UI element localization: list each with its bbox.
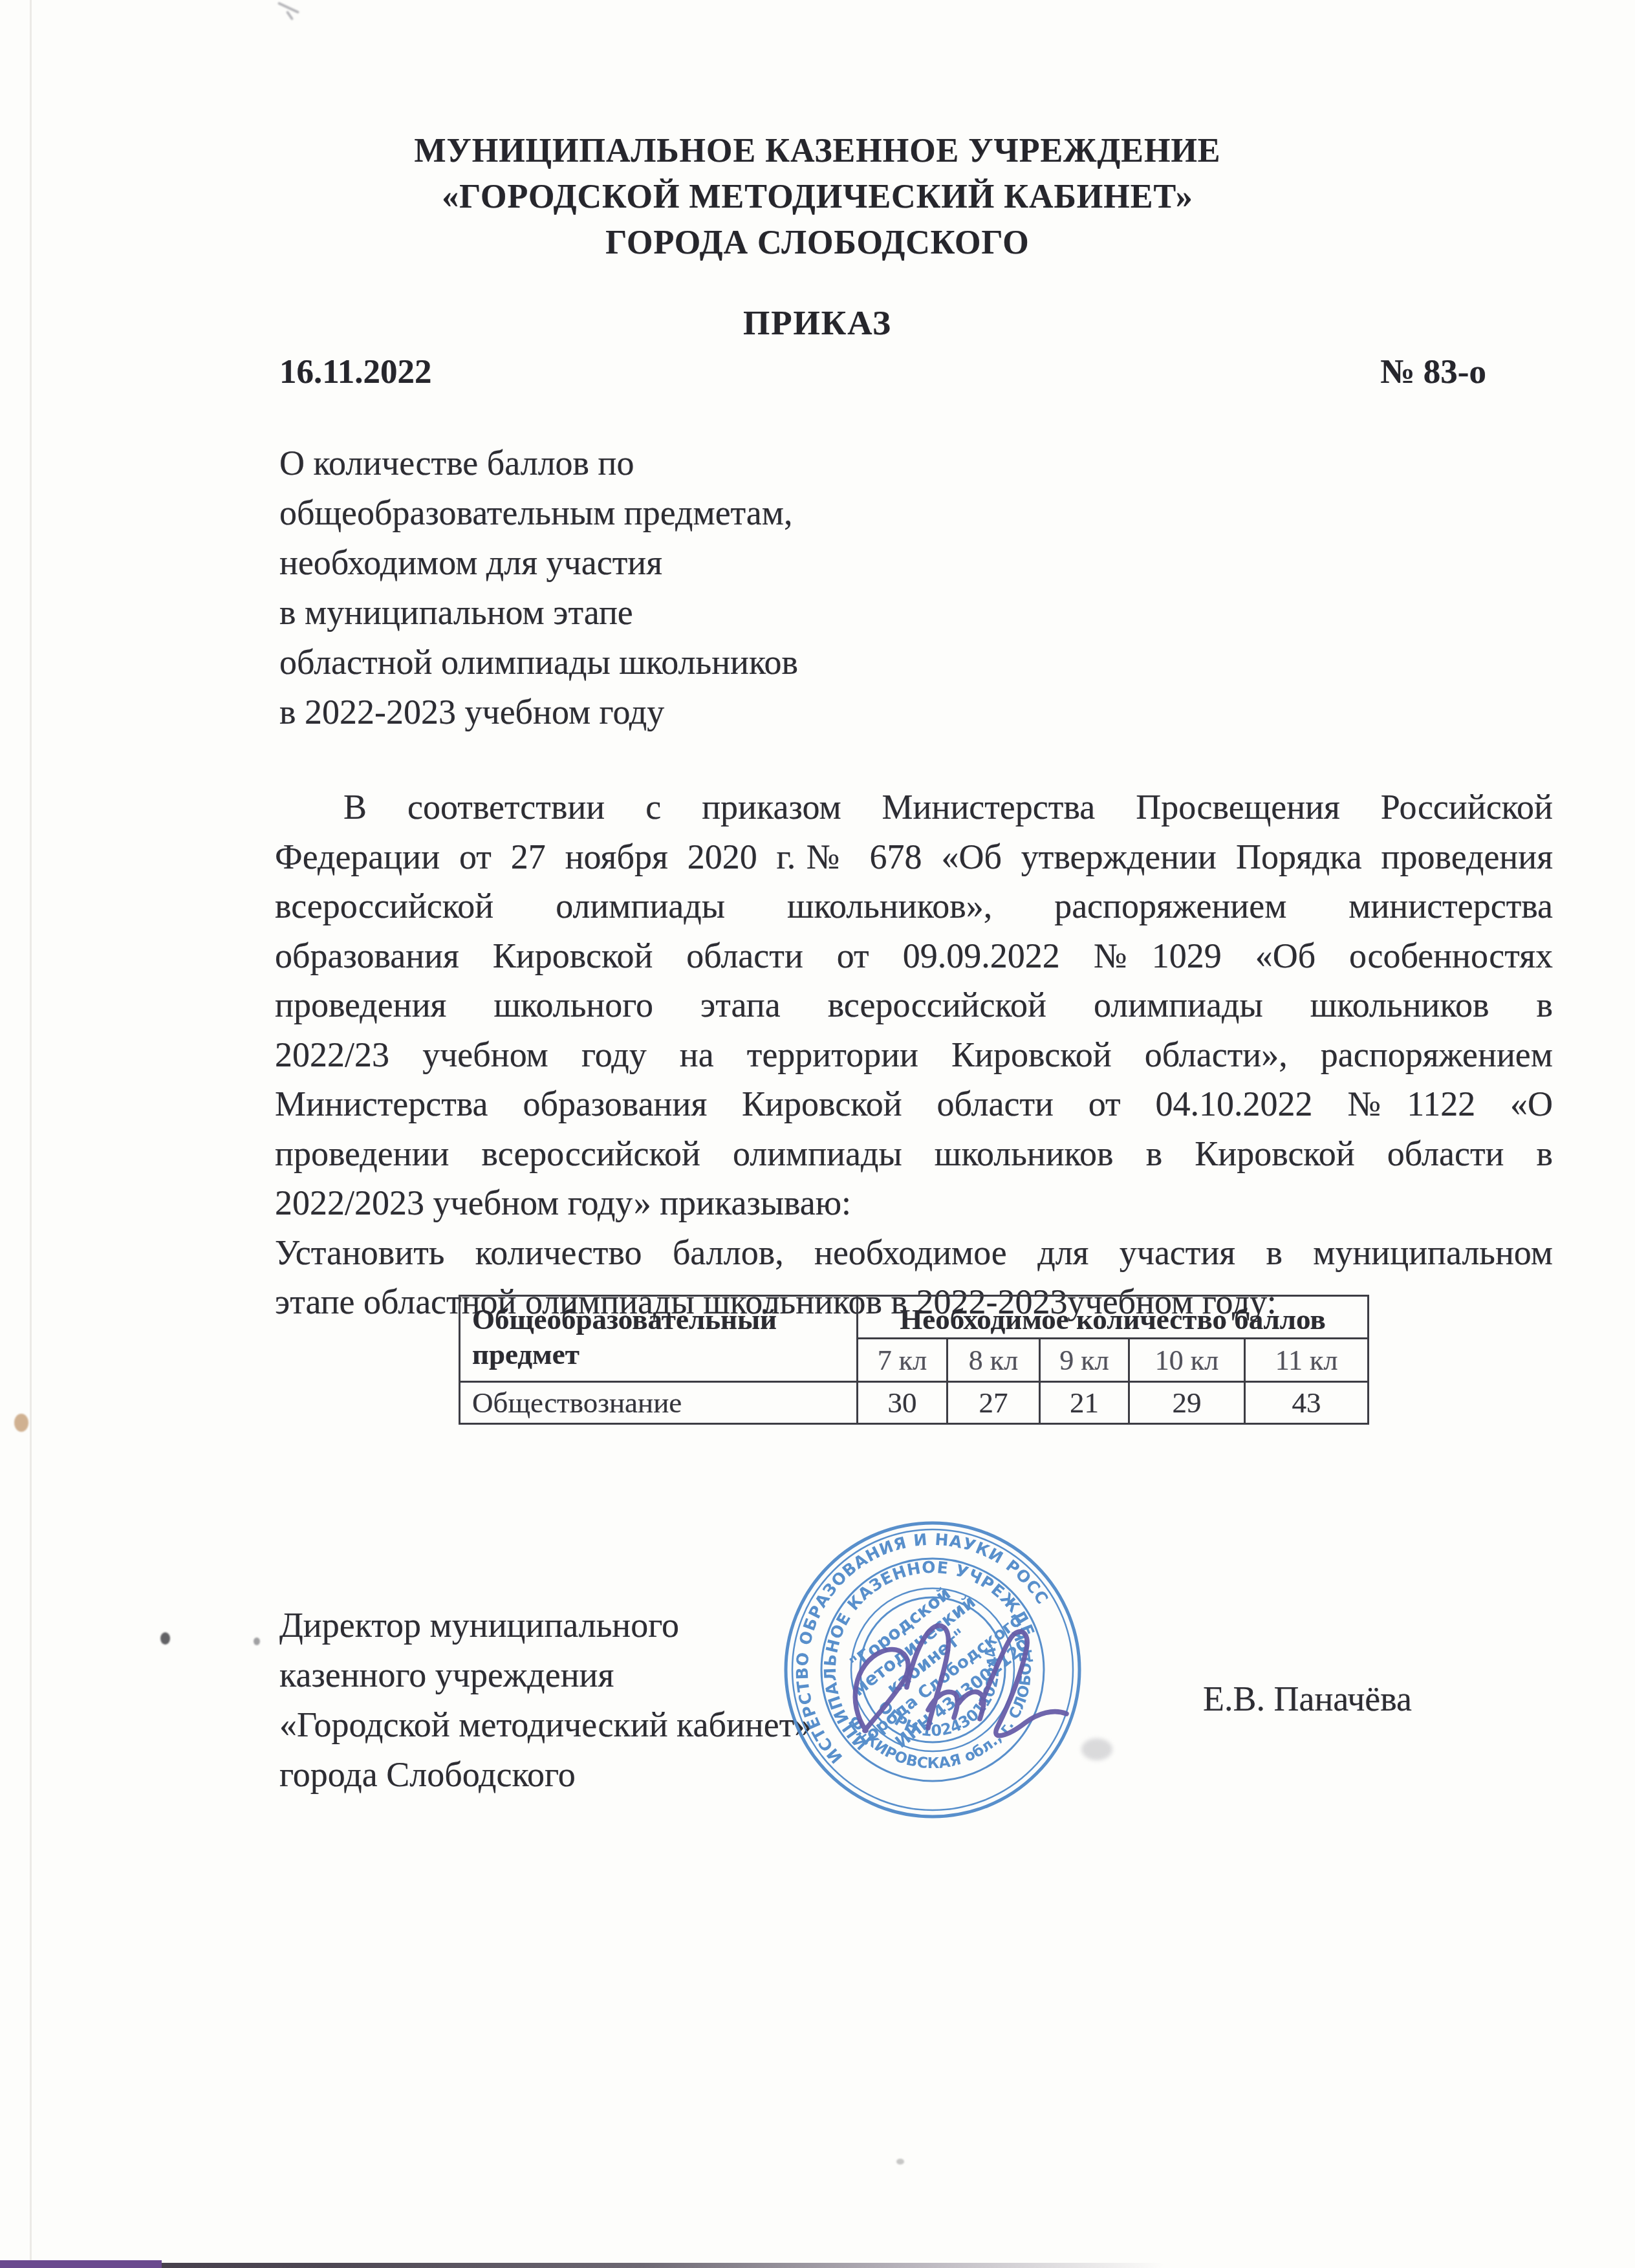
subject-block: О количестве баллов по общеобразовательн… — [279, 438, 798, 737]
signatory-title-block: Директор муниципального казенного учрежд… — [279, 1601, 812, 1800]
table-cell-score: 21 — [1040, 1382, 1129, 1424]
scan-speck — [160, 1632, 170, 1645]
document-number: № 83-о — [1380, 352, 1486, 391]
document-page: МУНИЦИПАЛЬНОЕ КАЗЕННОЕ УЧРЕЖДЕНИЕ «ГОРОД… — [0, 0, 1635, 2268]
resolution-line: Установить количество баллов, необходимо… — [275, 1228, 1553, 1278]
signatory-title-line: казенного учреждения — [279, 1650, 812, 1700]
table-cell-score: 43 — [1245, 1382, 1369, 1424]
org-name-line: МУНИЦИПАЛЬНОЕ КАЗЕННОЕ УЧРЕЖДЕНИЕ — [0, 128, 1635, 174]
subject-line: областной олимпиады школьников — [279, 638, 798, 687]
table-cell-subject: Обществознание — [460, 1382, 858, 1424]
table-row: Обществознание 30 27 21 29 43 — [460, 1382, 1369, 1424]
org-name-line: ГОРОДА СЛОБОДСКОГО — [0, 220, 1635, 266]
scores-table: Общеобразовательный предмет Необходимое … — [459, 1295, 1369, 1425]
table-subheader-grade11: 11 кл — [1245, 1339, 1369, 1382]
signatory-title-line: Директор муниципального — [279, 1601, 812, 1650]
body-line: 2022/2023 учебном году» приказываю: — [275, 1178, 1553, 1228]
body-line: В соответствии с приказом Министерства П… — [275, 783, 1553, 832]
scan-edge-artifact — [0, 2263, 1164, 2268]
subject-line: необходимом для участия — [279, 538, 798, 588]
table-cell-score: 30 — [858, 1382, 947, 1424]
table-cell-score: 29 — [1129, 1382, 1245, 1424]
table-subheader-grade8: 8 кл — [947, 1339, 1040, 1382]
scan-speck — [14, 1414, 28, 1432]
signatory-title-line: «Городской методический кабинет» — [279, 1700, 812, 1750]
table-cell-score: 27 — [947, 1382, 1040, 1424]
official-stamp: МИНИСТЕРСТВО ОБРАЗОВАНИЯ И НАУКИ РОССИИ … — [774, 1511, 1091, 1828]
signatory-name: Е.В. Паначёва — [1203, 1679, 1412, 1719]
subject-line: в 2022-2023 учебном году — [279, 687, 798, 737]
body-line: проведении всероссийской олимпиады школь… — [275, 1129, 1553, 1179]
table-header-subject: Общеобразовательный предмет — [460, 1296, 858, 1382]
org-name-line: «ГОРОДСКОЙ МЕТОДИЧЕСКИЙ КАБИНЕТ» — [0, 174, 1635, 220]
date-number-row: 16.11.2022 № 83-о — [279, 352, 1486, 391]
document-date: 16.11.2022 — [279, 352, 432, 391]
body-line: проведения школьного этапа всероссийской… — [275, 980, 1553, 1030]
body-line: образования Кировской области от 09.09.2… — [275, 931, 1553, 981]
scan-edge-artifact — [0, 2260, 162, 2268]
scan-speck — [286, 10, 294, 20]
subject-line: общеобразовательным предметам, — [279, 488, 798, 538]
body-line: 2022/23 учебном году на территории Киров… — [275, 1030, 1553, 1080]
body-paragraph: В соответствии с приказом Министерства П… — [275, 783, 1553, 1327]
scan-speck — [896, 2159, 904, 2165]
table-subheader-grade7: 7 кл — [858, 1339, 947, 1382]
signatory-title-line: города Слободского — [279, 1750, 812, 1800]
org-header: МУНИЦИПАЛЬНОЕ КАЗЕННОЕ УЧРЕЖДЕНИЕ «ГОРОД… — [0, 128, 1635, 266]
table-header-points: Необходимое количество баллов — [858, 1296, 1369, 1339]
subject-line: О количестве баллов по — [279, 438, 798, 488]
body-line: всероссийской олимпиады школьников», рас… — [275, 881, 1553, 931]
subject-line: в муниципальном этапе — [279, 588, 798, 638]
body-line: Федерации от 27 ноября 2020 г.№ 678 «Об … — [275, 832, 1553, 882]
document-type-title: ПРИКАЗ — [0, 304, 1635, 343]
body-line: Министерства образования Кировской облас… — [275, 1079, 1553, 1129]
table-subheader-grade10: 10 кл — [1129, 1339, 1245, 1382]
table-subheader-grade9: 9 кл — [1040, 1339, 1129, 1382]
scan-speck — [254, 1637, 260, 1645]
